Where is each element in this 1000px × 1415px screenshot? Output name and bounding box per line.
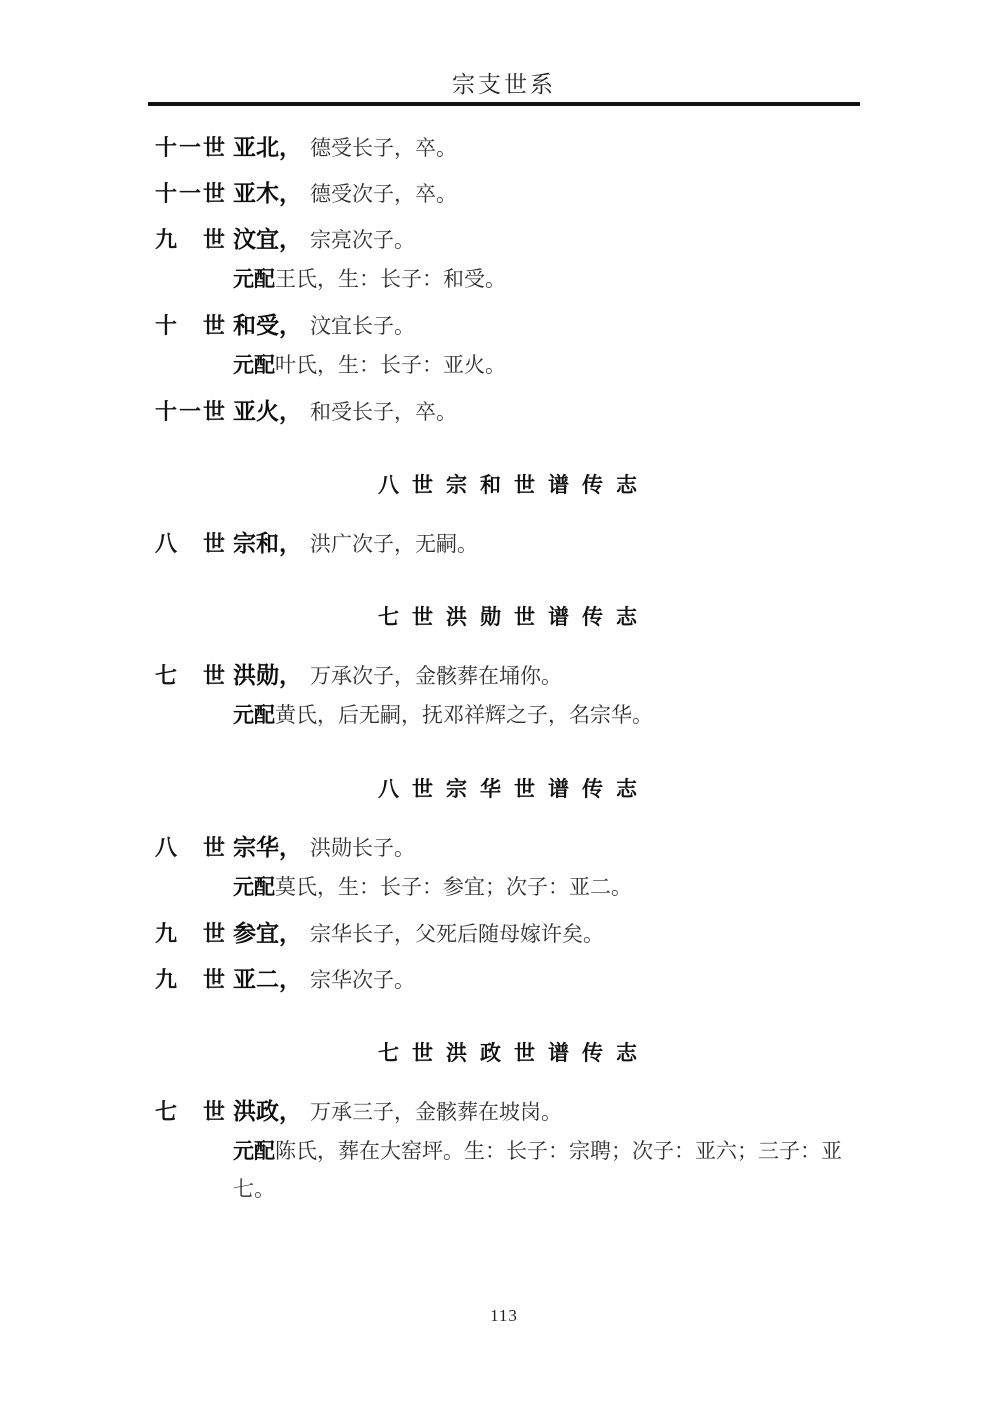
content-area: 十一世亚北，德受长子，卒。十一世亚木，德受次子，卒。九世汶宜，宗亮次子。元配王氏… xyxy=(148,130,860,1208)
entry-description: 洪勋长子。 xyxy=(310,836,415,860)
person-name: 和受， xyxy=(233,313,302,338)
entry-description: 宗华次子。 xyxy=(310,968,415,992)
entry-row: 九世汶宜，宗亮次子。 xyxy=(155,222,860,258)
generation-label: 八世 xyxy=(155,526,225,562)
generation-label: 八世 xyxy=(155,830,225,866)
page-header-title: 宗支世系 xyxy=(148,0,860,98)
entry-row: 八世宗和，洪广次子，无嗣。 xyxy=(155,526,860,562)
spouse-line: 元配莫氏，生：长子：参宜；次子：亚二。 xyxy=(155,868,860,906)
entry-description: 和受长子，卒。 xyxy=(310,400,457,424)
generation-label: 十一世 xyxy=(155,176,225,212)
entry-row: 十一世亚火，和受长子，卒。 xyxy=(155,394,860,430)
generation-label: 七世 xyxy=(155,658,225,694)
spouse-text: 叶氏，生：长子：亚火。 xyxy=(275,353,506,377)
generation-label: 十一世 xyxy=(155,130,225,166)
spouse-line: 元配王氏，生：长子：和受。 xyxy=(155,260,860,298)
entry-description: 洪广次子，无嗣。 xyxy=(310,532,478,556)
entry-description: 宗华长子，父死后随母嫁许矣。 xyxy=(310,922,604,946)
entry-row: 九世亚二，宗华次子。 xyxy=(155,962,860,998)
entry-row: 九世参宜，宗华长子，父死后随母嫁许矣。 xyxy=(155,916,860,952)
section-heading: 七世洪政世谱传志 xyxy=(155,1038,860,1068)
person-name: 亚二， xyxy=(233,967,302,992)
spouse-text: 黄氏，后无嗣，抚邓祥辉之子，名宗华。 xyxy=(275,703,653,727)
entry-description: 汶宜长子。 xyxy=(310,314,415,338)
section-heading: 七世洪勋世谱传志 xyxy=(155,602,860,632)
person-name: 亚火， xyxy=(233,399,302,424)
generation-label: 九世 xyxy=(155,222,225,258)
generation-label: 九世 xyxy=(155,916,225,952)
spouse-line: 元配叶氏，生：长子：亚火。 xyxy=(155,346,860,384)
entry-row: 十世和受，汶宜长子。 xyxy=(155,308,860,344)
spouse-prefix: 元配 xyxy=(233,703,275,727)
generation-label: 七世 xyxy=(155,1094,225,1130)
entry-description: 德受长子，卒。 xyxy=(310,136,457,160)
person-name: 洪政， xyxy=(233,1099,302,1124)
entry-description: 万承次子，金骸葬在埇你。 xyxy=(310,664,562,688)
entry-row: 十一世亚北，德受长子，卒。 xyxy=(155,130,860,166)
spouse-line: 元配陈氏，葬在大窑坪。生：长子：宗聘；次子：亚六；三子：亚七。 xyxy=(155,1132,860,1208)
section-heading: 八世宗华世谱传志 xyxy=(155,774,860,804)
generation-label: 十一世 xyxy=(155,394,225,430)
spouse-text: 莫氏，生：长子：参宜；次子：亚二。 xyxy=(275,875,632,899)
person-name: 亚北， xyxy=(233,135,302,160)
generation-label: 十世 xyxy=(155,308,225,344)
person-name: 亚木， xyxy=(233,181,302,206)
spouse-prefix: 元配 xyxy=(233,1139,275,1163)
generation-label: 九世 xyxy=(155,962,225,998)
spouse-prefix: 元配 xyxy=(233,267,275,291)
entry-description: 宗亮次子。 xyxy=(310,228,415,252)
page-number: 113 xyxy=(148,1306,860,1326)
document-page: 宗支世系 十一世亚北，德受长子，卒。十一世亚木，德受次子，卒。九世汶宜，宗亮次子… xyxy=(148,0,860,1415)
person-name: 宗和， xyxy=(233,531,302,556)
person-name: 宗华， xyxy=(233,835,302,860)
spouse-text: 王氏，生：长子：和受。 xyxy=(275,267,506,291)
person-name: 洪勋， xyxy=(233,663,302,688)
person-name: 参宜， xyxy=(233,921,302,946)
spouse-line: 元配黄氏，后无嗣，抚邓祥辉之子，名宗华。 xyxy=(155,696,860,734)
spouse-prefix: 元配 xyxy=(233,875,275,899)
person-name: 汶宜， xyxy=(233,227,302,252)
entry-row: 十一世亚木，德受次子，卒。 xyxy=(155,176,860,212)
section-heading: 八世宗和世谱传志 xyxy=(155,470,860,500)
entry-row: 七世洪政，万承三子，金骸葬在坡岗。 xyxy=(155,1094,860,1130)
entry-description: 德受次子，卒。 xyxy=(310,182,457,206)
entry-description: 万承三子，金骸葬在坡岗。 xyxy=(310,1100,562,1124)
entry-row: 八世宗华，洪勋长子。 xyxy=(155,830,860,866)
entry-row: 七世洪勋，万承次子，金骸葬在埇你。 xyxy=(155,658,860,694)
spouse-prefix: 元配 xyxy=(233,353,275,377)
header-rule xyxy=(148,102,860,106)
spouse-text: 陈氏，葬在大窑坪。生：长子：宗聘；次子：亚六；三子：亚七。 xyxy=(233,1139,842,1201)
